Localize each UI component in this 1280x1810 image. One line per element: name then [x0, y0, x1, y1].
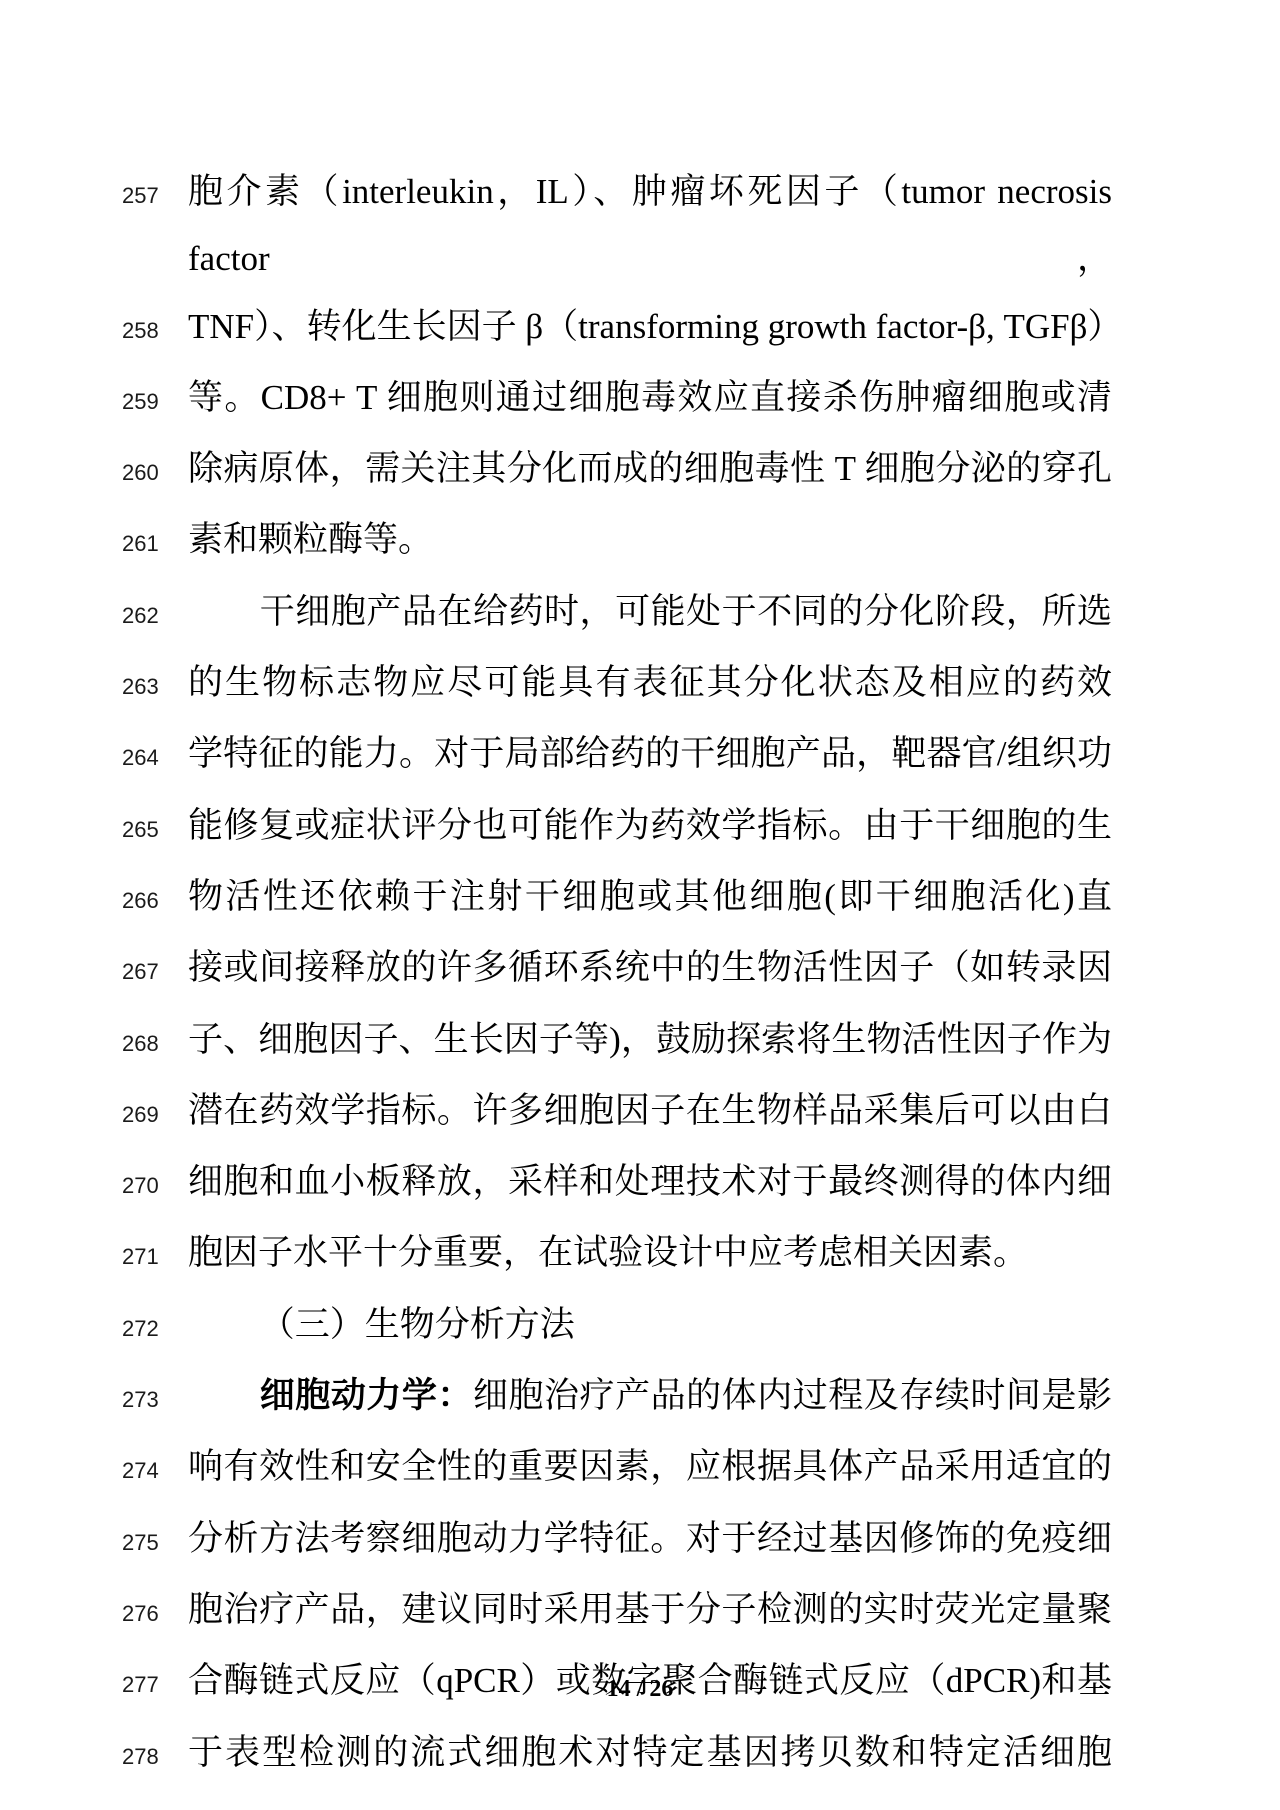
line-text-rest: 潜在药效学指标。许多细胞因子在生物样品采集后可以由白	[188, 1091, 1112, 1130]
text-line: 261 素和颗粒酶等。	[122, 506, 1112, 577]
line-number: 266	[122, 867, 188, 934]
line-number: 268	[122, 1010, 188, 1077]
text-line: 278 于表型检测的流式细胞术对特定基因拷贝数和特定活细胞	[122, 1719, 1112, 1790]
line-text: 干细胞产品在给药时，可能处于不同的分化阶段，所选	[188, 578, 1112, 645]
line-number: 273	[122, 1366, 188, 1433]
line-text-rest: 细胞治疗产品的体内过程及存续时间是影	[473, 1376, 1112, 1415]
line-number: 270	[122, 1152, 188, 1219]
page-number: 14 / 26	[0, 1676, 1280, 1703]
text-line: 275 分析方法考察细胞动力学特征。对于经过基因修饰的免疫细	[122, 1505, 1112, 1576]
line-text: TNF）、转化生长因子 β（transforming growth factor…	[188, 293, 1112, 360]
text-line: 264 学特征的能力。对于局部给药的干细胞产品，靶器官/组织功	[122, 720, 1112, 791]
line-text: 胞因子水平十分重要，在试验设计中应考虑相关因素。	[188, 1219, 1112, 1286]
line-text-rest: 等。CD8+ T 细胞则通过细胞毒效应直接杀伤肿瘤细胞或清	[188, 378, 1112, 417]
line-text-rest: 学特征的能力。对于局部给药的干细胞产品，靶器官/组织功	[188, 734, 1112, 773]
line-text: 能修复或症状评分也可能作为药效学指标。由于干细胞的生	[188, 792, 1112, 859]
line-text: 细胞和血小板释放，采样和处理技术对于最终测得的体内细	[188, 1148, 1112, 1215]
line-number: 257	[122, 162, 188, 229]
line-text-rest: 于表型检测的流式细胞术对特定基因拷贝数和特定活细胞	[188, 1733, 1112, 1772]
line-number: 259	[122, 368, 188, 435]
text-line: 270 细胞和血小板释放，采样和处理技术对于最终测得的体内细	[122, 1148, 1112, 1219]
line-text: 子、细胞因子、生长因子等)，鼓励探索将生物活性因子作为	[188, 1006, 1112, 1073]
line-text-rest: 的生物标志物应尽可能具有表征其分化状态及相应的药效	[188, 663, 1112, 702]
text-line: 259 等。CD8+ T 细胞则通过细胞毒效应直接杀伤肿瘤细胞或清	[122, 364, 1112, 435]
line-text-rest: 分析方法考察细胞动力学特征。对于经过基因修饰的免疫细	[188, 1519, 1112, 1558]
line-text-rest: 胞介素（interleukin，IL）、肿瘤坏死因子（tumor necrosi…	[188, 172, 1112, 278]
text-line: 263 的生物标志物应尽可能具有表征其分化状态及相应的药效	[122, 649, 1112, 720]
line-number: 278	[122, 1723, 188, 1790]
text-line: 257 胞介素（interleukin，IL）、肿瘤坏死因子（tumor nec…	[122, 158, 1112, 293]
line-text-rest: TNF）、转化生长因子 β（transforming growth factor…	[188, 307, 1122, 346]
line-number: 261	[122, 510, 188, 577]
line-text: 响有效性和安全性的重要因素，应根据具体产品采用适宜的	[188, 1433, 1112, 1500]
line-text-rest: 除病原体，需关注其分化而成的细胞毒性 T 细胞分泌的穿孔	[188, 449, 1112, 488]
line-text-rest: 子、细胞因子、生长因子等)，鼓励探索将生物活性因子作为	[188, 1020, 1112, 1059]
line-text: 素和颗粒酶等。	[188, 506, 1112, 573]
line-text: 胞治疗产品，建议同时采用基于分子检测的实时荧光定量聚	[188, 1576, 1112, 1643]
text-line: 265 能修复或症状评分也可能作为药效学指标。由于干细胞的生	[122, 792, 1112, 863]
line-number: 272	[122, 1295, 188, 1362]
line-text-rest: 能修复或症状评分也可能作为药效学指标。由于干细胞的生	[188, 806, 1112, 845]
page-background: 257 胞介素（interleukin，IL）、肿瘤坏死因子（tumor nec…	[0, 0, 1280, 1810]
line-text-rest: 素和颗粒酶等。	[188, 520, 433, 559]
line-number: 269	[122, 1081, 188, 1148]
line-text: 细胞动力学：细胞治疗产品的体内过程及存续时间是影	[188, 1362, 1112, 1429]
line-text-rest: 胞治疗产品，建议同时采用基于分子检测的实时荧光定量聚	[188, 1590, 1112, 1629]
line-text: 潜在药效学指标。许多细胞因子在生物样品采集后可以由白	[188, 1077, 1112, 1144]
line-text-rest: 物活性还依赖于注射干细胞或其他细胞(即干细胞活化)直	[188, 877, 1112, 916]
line-text: （三）生物分析方法	[188, 1291, 1112, 1358]
document-page: { "document": { "lines": [ { "num": "257…	[0, 0, 1280, 1810]
line-text-rest: 细胞和血小板释放，采样和处理技术对于最终测得的体内细	[188, 1162, 1112, 1201]
line-text: 物活性还依赖于注射干细胞或其他细胞(即干细胞活化)直	[188, 863, 1112, 930]
text-line: 274 响有效性和安全性的重要因素，应根据具体产品采用适宜的	[122, 1433, 1112, 1504]
text-body: 257 胞介素（interleukin，IL）、肿瘤坏死因子（tumor nec…	[122, 158, 1112, 1790]
line-number: 267	[122, 938, 188, 1005]
line-text: 接或间接释放的许多循环系统中的生物活性因子（如转录因	[188, 934, 1112, 1001]
line-text: 除病原体，需关注其分化而成的细胞毒性 T 细胞分泌的穿孔	[188, 435, 1112, 502]
text-line: 269 潜在药效学指标。许多细胞因子在生物样品采集后可以由白	[122, 1077, 1112, 1148]
line-text: 于表型检测的流式细胞术对特定基因拷贝数和特定活细胞	[188, 1719, 1112, 1786]
text-line: 267 接或间接释放的许多循环系统中的生物活性因子（如转录因	[122, 934, 1112, 1005]
text-line: 260 除病原体，需关注其分化而成的细胞毒性 T 细胞分泌的穿孔	[122, 435, 1112, 506]
line-text-rest: 接或间接释放的许多循环系统中的生物活性因子（如转录因	[188, 948, 1112, 987]
text-line: 272 （三）生物分析方法	[122, 1291, 1112, 1362]
line-text-rest: （三）生物分析方法	[260, 1305, 575, 1344]
line-number: 275	[122, 1509, 188, 1576]
text-line: 271 胞因子水平十分重要，在试验设计中应考虑相关因素。	[122, 1219, 1112, 1290]
line-text-rest: 干细胞产品在给药时，可能处于不同的分化阶段，所选	[260, 592, 1112, 631]
line-text-rest: 响有效性和安全性的重要因素，应根据具体产品采用适宜的	[188, 1447, 1112, 1486]
line-text-bold-lead: 细胞动力学：	[260, 1376, 473, 1415]
line-text-rest: 胞因子水平十分重要，在试验设计中应考虑相关因素。	[188, 1233, 1028, 1272]
text-line: 276 胞治疗产品，建议同时采用基于分子检测的实时荧光定量聚	[122, 1576, 1112, 1647]
line-text: 胞介素（interleukin，IL）、肿瘤坏死因子（tumor necrosi…	[188, 158, 1112, 293]
text-line: 258 TNF）、转化生长因子 β（transforming growth fa…	[122, 293, 1112, 364]
line-number: 262	[122, 582, 188, 649]
line-number: 263	[122, 653, 188, 720]
line-text: 学特征的能力。对于局部给药的干细胞产品，靶器官/组织功	[188, 720, 1112, 787]
line-number: 264	[122, 724, 188, 791]
line-number: 271	[122, 1223, 188, 1290]
line-text: 的生物标志物应尽可能具有表征其分化状态及相应的药效	[188, 649, 1112, 716]
text-line: 262 干细胞产品在给药时，可能处于不同的分化阶段，所选	[122, 578, 1112, 649]
line-number: 260	[122, 439, 188, 506]
line-text: 分析方法考察细胞动力学特征。对于经过基因修饰的免疫细	[188, 1505, 1112, 1572]
line-text: 等。CD8+ T 细胞则通过细胞毒效应直接杀伤肿瘤细胞或清	[188, 364, 1112, 431]
text-line: 266 物活性还依赖于注射干细胞或其他细胞(即干细胞活化)直	[122, 863, 1112, 934]
text-line: 273 细胞动力学：细胞治疗产品的体内过程及存续时间是影	[122, 1362, 1112, 1433]
line-number: 258	[122, 297, 188, 364]
line-number: 265	[122, 796, 188, 863]
text-line: 268 子、细胞因子、生长因子等)，鼓励探索将生物活性因子作为	[122, 1006, 1112, 1077]
line-number: 274	[122, 1437, 188, 1504]
line-number: 276	[122, 1580, 188, 1647]
